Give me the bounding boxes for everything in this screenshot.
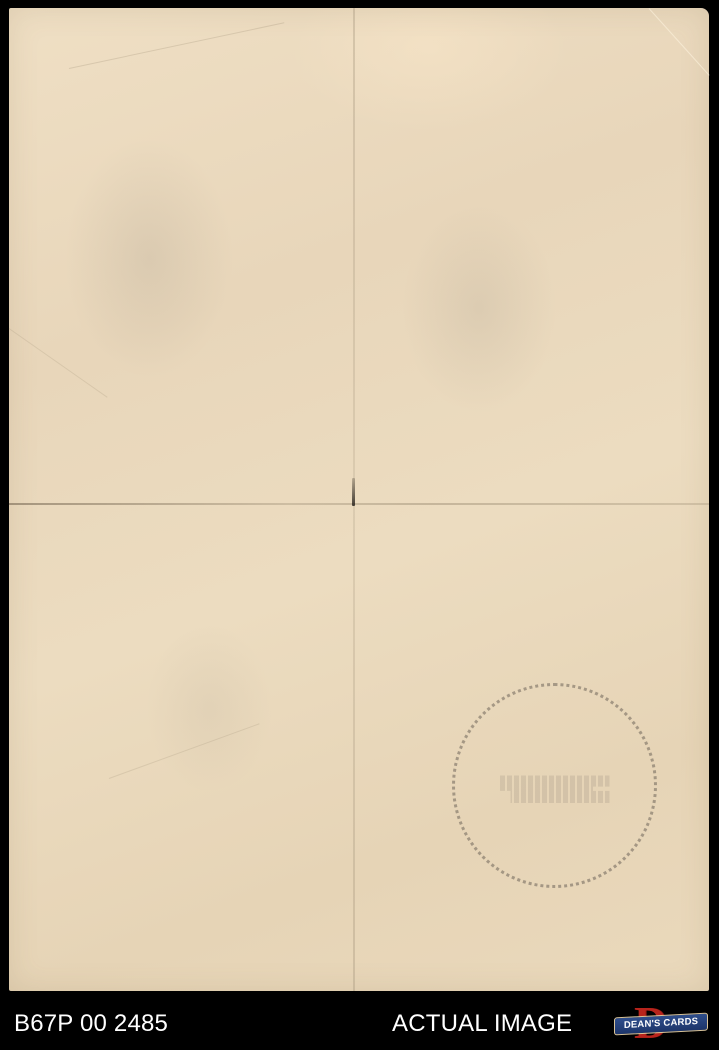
sku-code: B67P 00 2485 [14, 1010, 168, 1038]
logo-banner: DEAN'S CARDS [614, 1013, 708, 1036]
stamp-illegible-text [500, 775, 610, 803]
circular-stamp [452, 683, 657, 888]
fold-tear-mark [352, 478, 355, 506]
footer-bar: B67P 00 2485 ACTUAL IMAGE D DEAN'S CARDS [0, 995, 719, 1050]
deans-cards-logo: D DEAN'S CARDS [612, 1002, 708, 1044]
paper-crease [109, 723, 260, 779]
horizontal-fold-line [9, 503, 709, 505]
paper-sheet [9, 8, 709, 991]
scanned-image [0, 0, 719, 995]
paper-crease [69, 22, 284, 69]
actual-image-label: ACTUAL IMAGE [392, 1010, 572, 1038]
paper-crease [9, 328, 108, 398]
paper-crease [649, 8, 710, 76]
